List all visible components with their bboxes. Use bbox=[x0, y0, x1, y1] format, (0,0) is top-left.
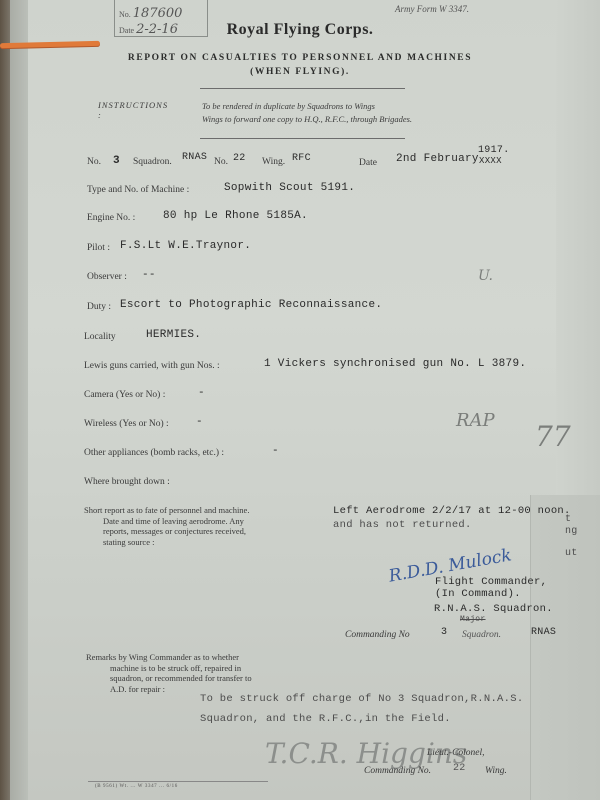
divider bbox=[200, 138, 405, 139]
instructions-text: To be rendered in duplicate by Squadrons… bbox=[202, 100, 412, 126]
wireless-label: Wireless (Yes or No) : bbox=[84, 419, 169, 429]
wing-commanding-number: 22 bbox=[453, 763, 466, 774]
pencil-note-number: 77 bbox=[535, 420, 571, 453]
commanding-label: Commanding No bbox=[345, 630, 410, 640]
guns-value: 1 Vickers synchronised gun No. L 3879. bbox=[264, 358, 526, 370]
pilot-label: Pilot : bbox=[87, 243, 110, 253]
squadron-type-text: R.N.A.S. Squadron. bbox=[434, 603, 553, 615]
page-fold bbox=[530, 495, 600, 800]
remarks-line-2: machine is to be struck off, repaired in bbox=[86, 663, 252, 674]
squadron-number: 3 bbox=[113, 155, 120, 167]
short-report-label-line-2: Date and time of leaving aerodrome. Any bbox=[84, 516, 249, 527]
no-label: No. bbox=[87, 157, 101, 167]
no2-label: No. bbox=[214, 157, 228, 167]
instructions-label: INSTRUCTIONS : bbox=[98, 100, 168, 120]
wing-value: RFC bbox=[292, 153, 311, 164]
engine-label: Engine No. : bbox=[87, 213, 135, 223]
wing-commanding-label: Commanding No. bbox=[364, 766, 431, 776]
margin-fragment-t: t bbox=[565, 514, 571, 525]
remarks-label: Remarks by Wing Commander as to whether … bbox=[86, 652, 252, 694]
squadron-value: RNAS bbox=[182, 152, 207, 163]
commanding-number: 3 bbox=[441, 627, 447, 638]
remarks-line-3: squadron, or recommended for transfer to bbox=[86, 673, 252, 684]
commanding-squadron-label: Squadron. bbox=[462, 630, 501, 640]
short-report-label: Short report as to fate of personnel and… bbox=[84, 505, 249, 547]
flight-commander-title: Flight Commander, bbox=[435, 576, 547, 588]
wing-remarks-line-2: Squadron, and the R.F.C.,in the Field. bbox=[200, 713, 451, 725]
wing-label: Wing. bbox=[262, 157, 285, 167]
wing-remarks-line-1: To be struck off charge of No 3 Squadron… bbox=[200, 693, 523, 705]
pencil-note-rap: RAP bbox=[456, 410, 495, 431]
form-number: Army Form W 3347. bbox=[395, 4, 469, 14]
instructions-line-1: To be rendered in duplicate by Squadrons… bbox=[202, 100, 412, 113]
duty-value: Escort to Photographic Reconnaissance. bbox=[120, 299, 382, 311]
camera-label: Camera (Yes or No) : bbox=[84, 390, 165, 400]
squadron-label: Squadron. bbox=[133, 157, 172, 167]
subtitle-line-2: (WHEN FLYING). bbox=[90, 65, 510, 79]
date-value: 2nd February bbox=[396, 153, 479, 165]
wing-label-bottom: Wing. bbox=[485, 766, 507, 776]
observer-value: -- bbox=[142, 269, 156, 281]
duty-label: Duty : bbox=[87, 302, 111, 312]
printer-rule bbox=[88, 781, 268, 782]
printer-imprint: (B 9561) Wt. ... W 3347 ... 6/16 bbox=[95, 784, 178, 789]
short-report-line-1: Left Aerodrome 2/2/17 at 12-00 noon. bbox=[333, 505, 571, 517]
pilot-value: F.S.Lt W.E.Traynor. bbox=[120, 240, 251, 252]
pencil-note-u: U. bbox=[478, 268, 493, 284]
observer-label: Observer : bbox=[87, 272, 127, 282]
engine-value: 80 hp Le Rhone 5185A. bbox=[163, 210, 308, 222]
report-subtitle: REPORT ON CASUALTIES TO PERSONNEL AND MA… bbox=[90, 51, 510, 79]
locality-value: HERMIES. bbox=[146, 329, 201, 341]
divider bbox=[200, 88, 405, 89]
page-title: Royal Flying Corps. bbox=[0, 21, 600, 39]
struck-rank-text: Major bbox=[460, 615, 486, 624]
stamp-no-value: 187600 bbox=[133, 6, 183, 21]
brought-down-label: Where brought down : bbox=[84, 477, 170, 487]
lieut-colonel-rank: Lieut.-Colonel, bbox=[427, 748, 485, 758]
instructions-line-2: Wings to forward one copy to H.Q., R.F.C… bbox=[202, 113, 412, 126]
camera-value: - bbox=[198, 387, 205, 399]
guns-label: Lewis guns carried, with gun Nos. : bbox=[84, 361, 220, 371]
short-report-label-line-4: stating source : bbox=[84, 537, 249, 548]
remarks-line-1: Remarks by Wing Commander as to whether bbox=[86, 652, 252, 663]
appliances-label: Other appliances (bomb racks, etc.) : bbox=[84, 448, 224, 458]
margin-fragment-ng: ng bbox=[565, 526, 578, 537]
short-report-line-2: and has not returned. bbox=[333, 519, 472, 531]
year-value: 1917. bbox=[478, 145, 510, 156]
locality-label: Locality bbox=[84, 332, 116, 342]
short-report-label-line-1: Short report as to fate of personnel and… bbox=[84, 505, 249, 516]
subtitle-line-1: REPORT ON CASUALTIES TO PERSONNEL AND MA… bbox=[90, 51, 510, 65]
stamp-no-label: No. bbox=[119, 10, 131, 19]
in-command-text: (In Command). bbox=[435, 588, 521, 600]
margin-fragment-ut: ut bbox=[565, 548, 578, 559]
short-report-label-line-3: reports, messages or conjectures receive… bbox=[84, 526, 249, 537]
machine-value: Sopwith Scout 5191. bbox=[224, 182, 355, 194]
year-struck: XXXX bbox=[479, 156, 502, 166]
date-label: Date bbox=[359, 158, 377, 168]
appliances-value: - bbox=[272, 445, 279, 457]
wing-number: 22 bbox=[233, 153, 246, 164]
wireless-value: - bbox=[196, 416, 203, 428]
machine-label: Type and No. of Machine : bbox=[87, 185, 189, 195]
commanding-unit: RNAS bbox=[531, 627, 556, 638]
